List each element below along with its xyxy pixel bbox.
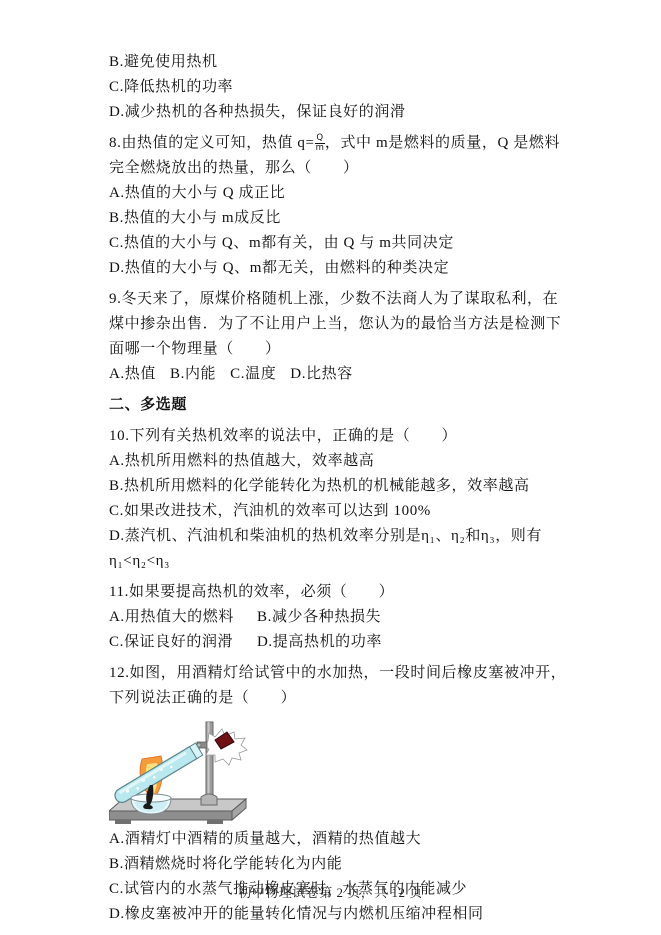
footer-text-before: 初中物理试卷第 [238, 885, 333, 900]
q7-option-b: B.避免使用热机 [109, 50, 567, 75]
section-multiple-choice-title: 二、多选题 [109, 393, 567, 418]
exam-page: B.避免使用热机 C.降低热机的功率 D.减少热机的各种热损失，保证良好的润滑 … [0, 0, 661, 935]
q10-option-c: C.如果改进技术，汽油机的效率可以达到 100% [109, 499, 567, 524]
footer-text-after: 页 [409, 885, 423, 900]
q9-option-c: C.温度 [230, 362, 276, 387]
q11-option-b: B.减少各种热损失 [257, 609, 381, 625]
q8-stem-before: 8.由热值的定义可知，热值 q= [109, 135, 315, 151]
formula-numerator: Q [315, 134, 325, 143]
experiment-figure [109, 713, 249, 827]
page-footer: 初中物理试卷第 2 页，共 12 页 [0, 882, 661, 901]
q9-options-row: A.热值B.内能C.温度D.比热容 [109, 362, 567, 387]
q11-options-row-1: A.用热值大的燃料B.减少各种热损失 [109, 605, 567, 630]
q10-stem: 10.下列有关热机效率的说法中，正确的是（ ） [109, 424, 567, 449]
q8-option-a: A.热值的大小与 Q 成正比 [109, 181, 567, 206]
q12-option-b: B.酒精燃烧时将化学能转化为内能 [109, 852, 567, 877]
q12-stem: 12.如图，用酒精灯给试管中的水加热，一段时间后橡皮塞被冲开，下列说法正确的是（… [109, 661, 567, 711]
formula-denominator: m [315, 143, 325, 153]
q8-option-b: B.热值的大小与 m成反比 [109, 206, 567, 231]
q11-option-c: C.保证良好的润滑 [109, 630, 257, 655]
footer-text-mid: 页，共 [347, 885, 388, 900]
q9-stem: 9.冬天来了，原煤价格随机上涨，少数不法商人为了谋取私利，在煤中掺杂出售．为了不… [109, 287, 567, 362]
iron-stand-base [109, 799, 246, 824]
q9-option-b: B.内能 [170, 362, 216, 387]
q11-options-row-2: C.保证良好的润滑D.提高热机的功率 [109, 630, 567, 655]
q9-option-d: D.比热容 [290, 362, 353, 387]
q12-option-a: A.酒精灯中酒精的质量越大，酒精的热值越大 [109, 827, 567, 852]
q8-stem: 8.由热值的定义可知，热值 q=Qm，式中 m是燃料的质量，Q 是燃料完全燃烧放… [109, 131, 567, 181]
q7-option-d: D.减少热机的各种热损失，保证良好的润滑 [109, 100, 567, 125]
q12-option-d: D.橡皮塞被冲开的能量转化情况与内燃机压缩冲程相同 [109, 902, 567, 927]
footer-page-number: 2 [336, 885, 343, 900]
q10-option-a: A.热机所用燃料的热值越大，效率越高 [109, 449, 567, 474]
q9-option-a: A.热值 [109, 362, 156, 387]
q8-option-c: C.热值的大小与 Q、m都有关，由 Q 与 m共同决定 [109, 231, 567, 256]
heat-value-formula: Qm [315, 134, 325, 154]
q12-figure [109, 713, 567, 827]
q11-option-a: A.用热值大的燃料 [109, 605, 257, 630]
q10-option-d: D.蒸汽机、汽油机和柴油机的热机效率分别是η₁、η₂和η₃，则有η₁<η₂<η₃ [109, 524, 567, 574]
q11-option-d: D.提高热机的功率 [257, 634, 382, 650]
q8-option-d: D.热值的大小与 Q、m都无关，由燃料的种类决定 [109, 256, 567, 281]
footer-total-pages: 12 [392, 885, 406, 900]
q11-stem: 11.如果要提高热机的效率，必须（ ） [109, 580, 567, 605]
q7-option-c: C.降低热机的功率 [109, 75, 567, 100]
q10-option-b: B.热机所用燃料的化学能转化为热机的机械能越多，效率越高 [109, 474, 567, 499]
